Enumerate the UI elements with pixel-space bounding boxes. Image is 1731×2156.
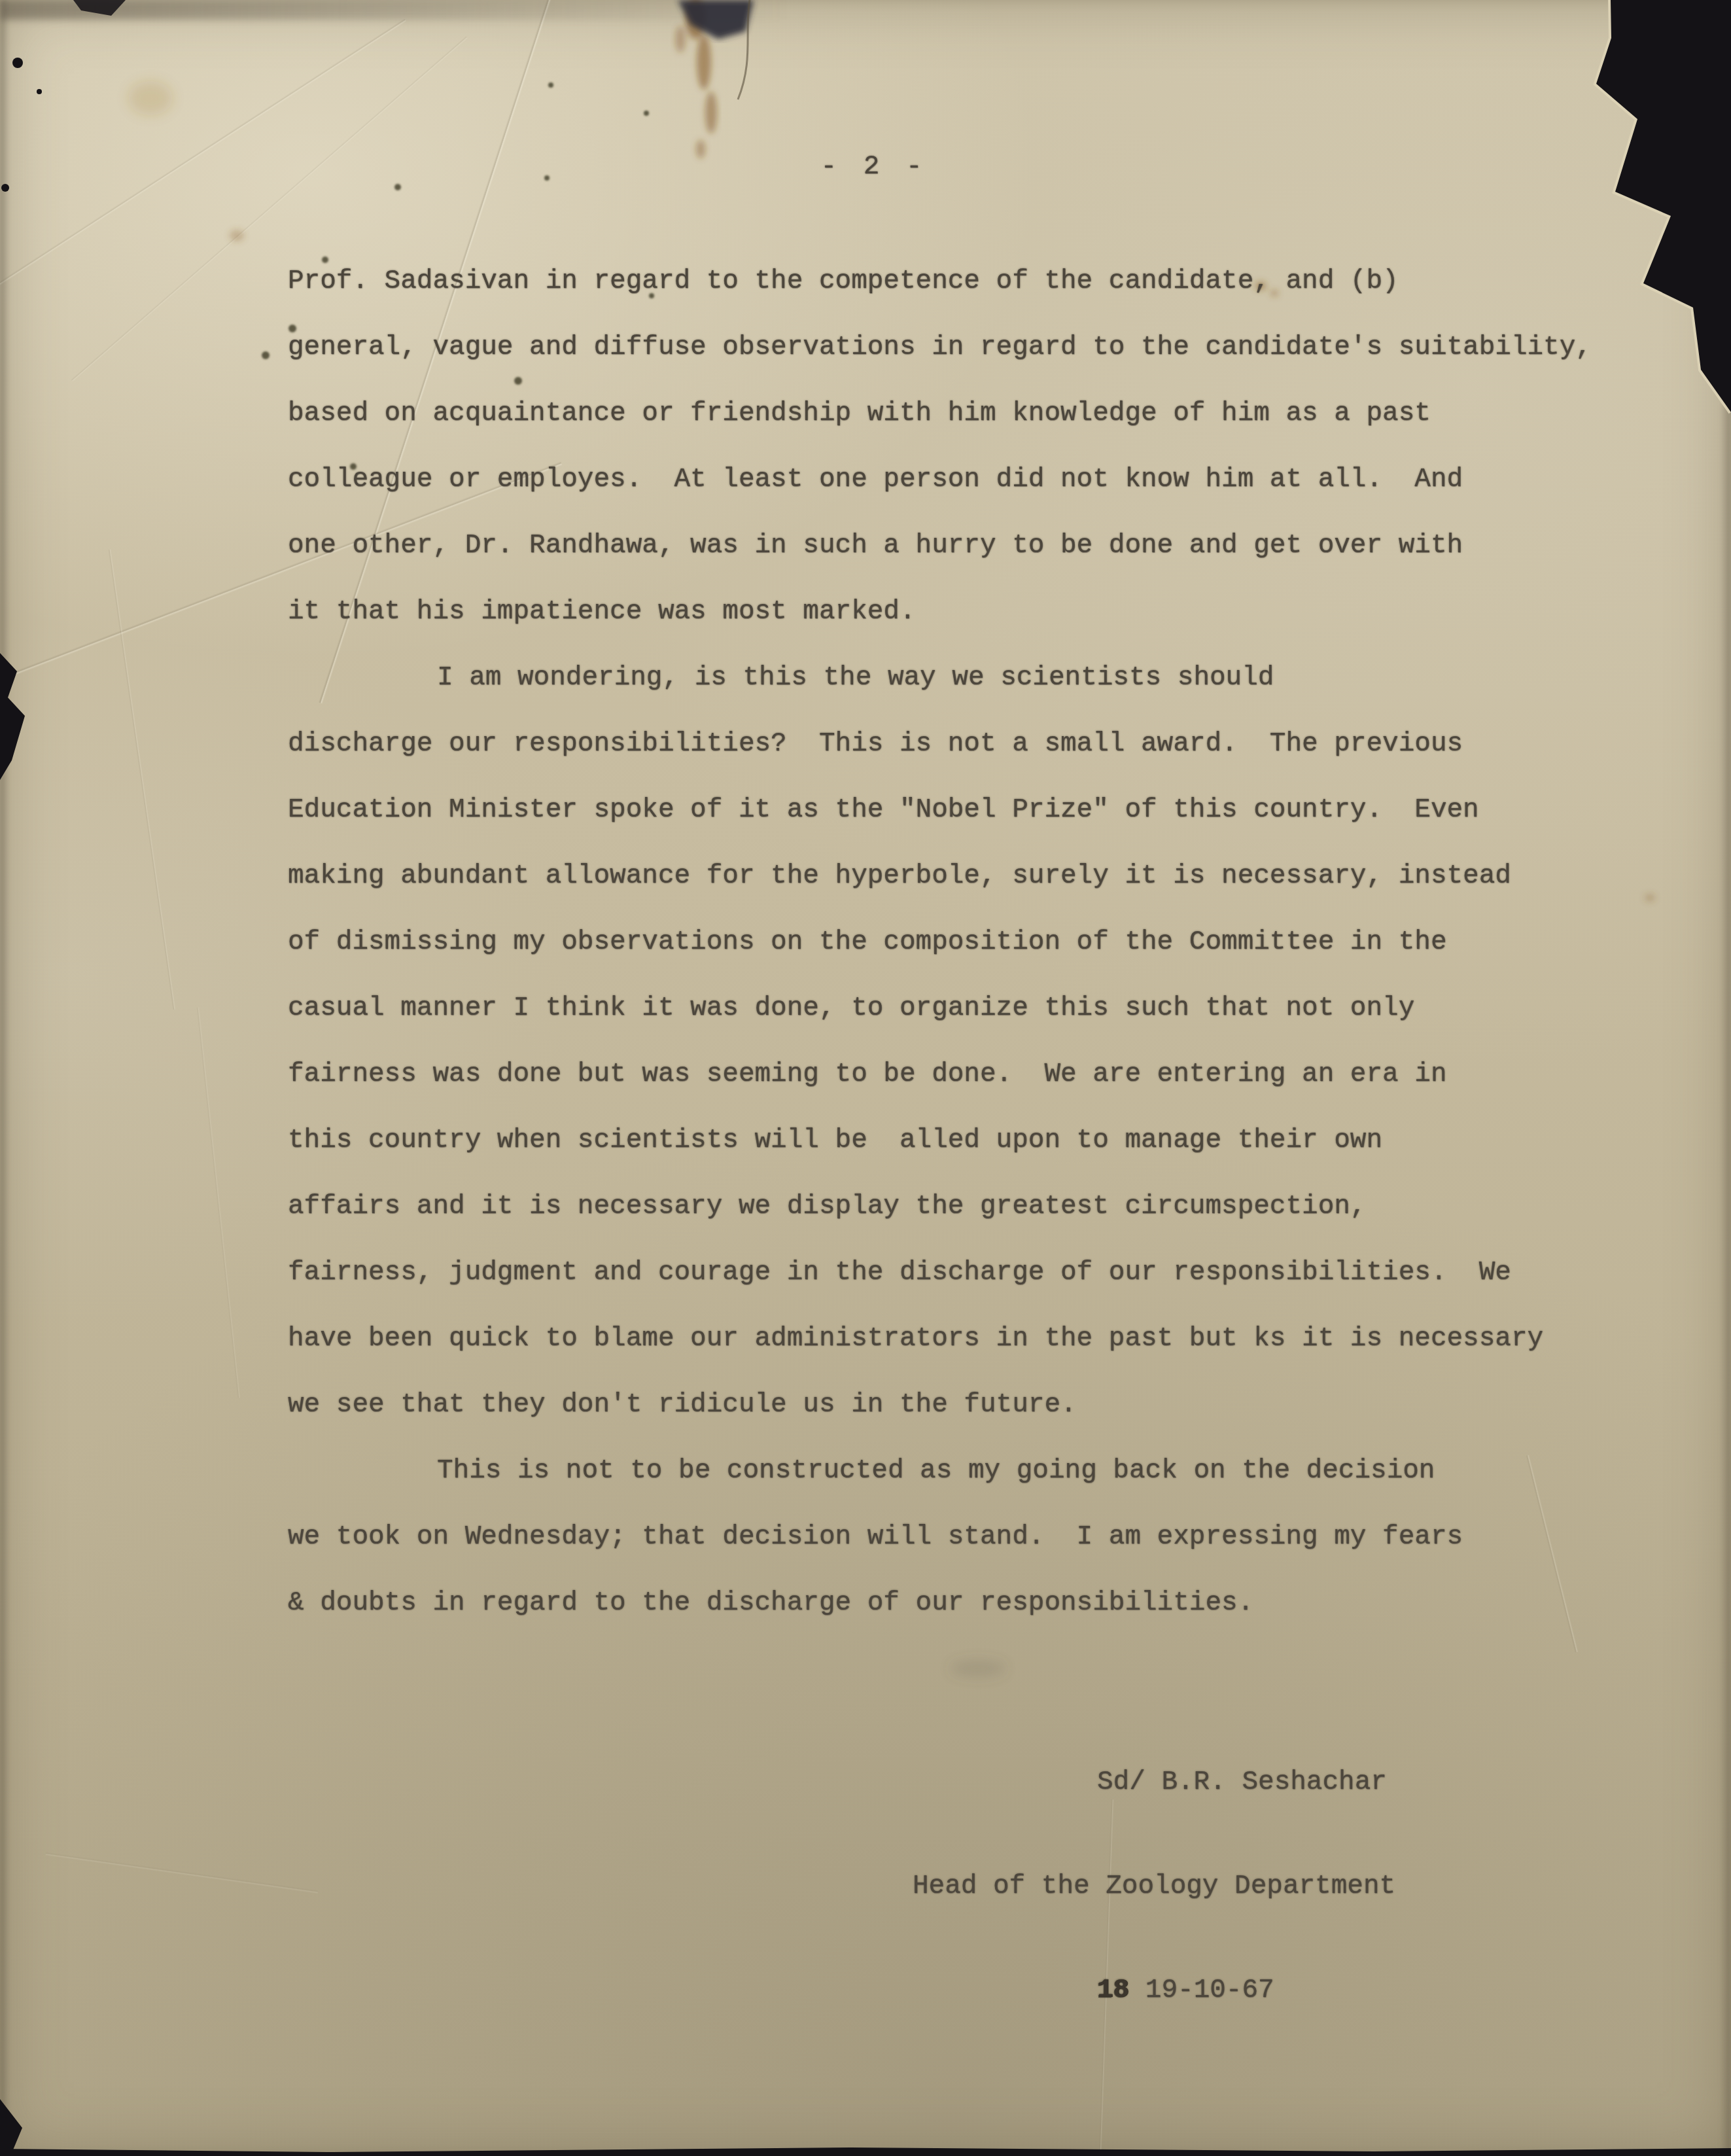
signature-date: 18 19-10-67 [913,1973,1395,2008]
scanned-letter-page: { "page": { "page_number": "- 2 -", "par… [0,0,1731,2156]
signature-name: Sd/ B.R. Seshachar [913,1765,1395,1800]
letter-line: we took on Wednesday; that decision will… [288,1504,1668,1570]
paper-crease [108,549,176,1010]
letter-body: Prof. Sadasivan in regard to the compete… [288,249,1668,1636]
letter-line: one other, Dr. Randhawa, was in such a h… [288,513,1668,579]
letter-line: Prof. Sadasivan in regard to the compete… [288,249,1668,315]
letter-line: general, vague and diffuse observations … [288,315,1668,381]
letter-line: colleague or employes. At least one pers… [288,447,1668,513]
letter-line: I am wondering, is this the way we scien… [288,645,1668,711]
letter-line: making abundant allowance for the hyperb… [288,843,1668,910]
letter-line: fairness was done but was seeming to be … [288,1042,1668,1108]
paper-crease [196,1007,241,1398]
letter-line: discharge our responsibilities? This is … [288,711,1668,777]
date-value: 19-10-67 [1145,1975,1274,2006]
letter-line: based on acquaintance or friendship with… [288,381,1668,447]
letter-line: it that his impatience was most marked. [288,579,1668,645]
paper-crease [46,1852,319,1894]
letter-line: casual manner I think it was done, to or… [288,976,1668,1042]
date-overstrike: 18 [1097,1975,1129,2006]
letter-line: & doubts in regard to the discharge of o… [288,1570,1668,1636]
letter-line: have been quick to blame our administrat… [288,1306,1668,1372]
letter-line: we see that they don't ridicule us in th… [288,1372,1668,1438]
letter-line: Education Minister spoke of it as the "N… [288,777,1668,843]
signature-title: Head of the Zoology Department [913,1869,1395,1904]
letter-line: This is not to be constructed as my goin… [288,1438,1668,1504]
letter-line: fairness, judgment and courage in the di… [288,1240,1668,1306]
paper-edge-shadow [0,0,9,2156]
page-number: - 2 - [0,152,1731,182]
paper-edge-shadow [0,0,1014,20]
letter-line: affairs and it is necessary we display t… [288,1174,1668,1240]
signature-block: Sd/ B.R. Seshachar Head of the Zoology D… [913,1696,1395,2043]
letter-line: of dismissing my observations on the com… [288,910,1668,976]
letter-line: this country when scientists will be all… [288,1108,1668,1174]
paper-edge-shadow [1721,406,1731,2156]
